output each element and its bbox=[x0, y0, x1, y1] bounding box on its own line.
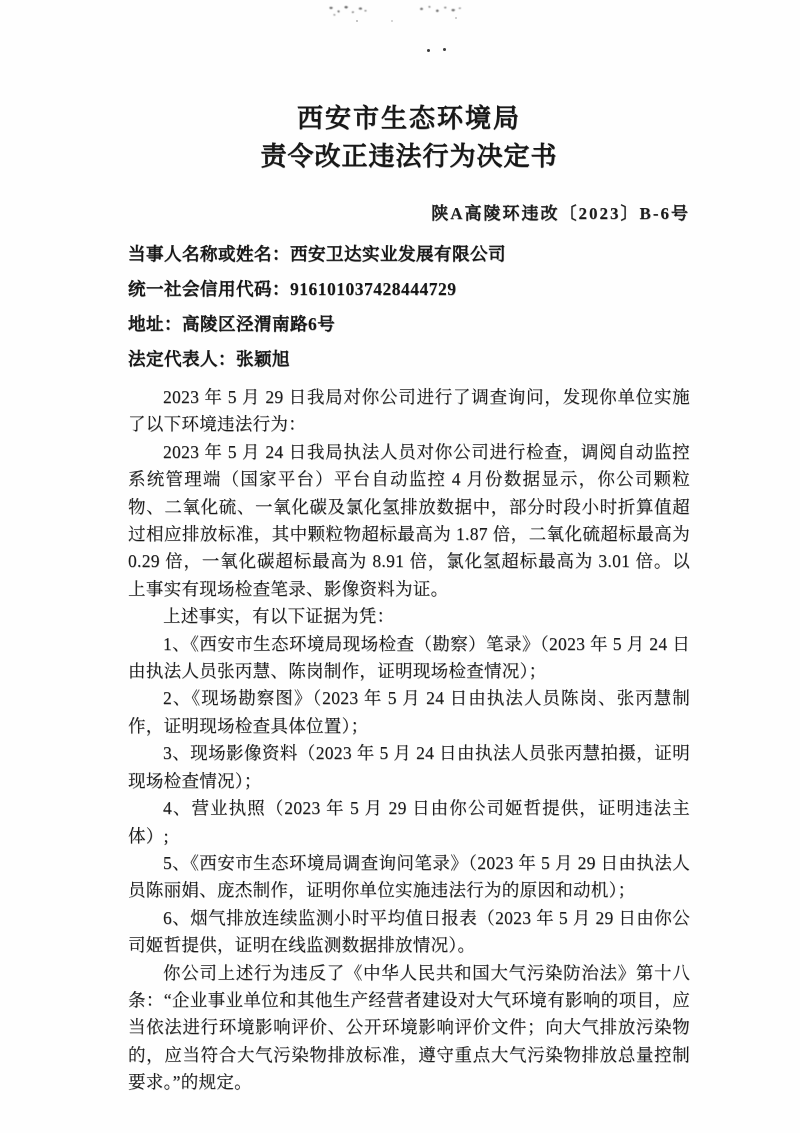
field-party-name-value: 西安卫达实业发展有限公司 bbox=[290, 244, 506, 264]
party-info-block: 当事人名称或姓名：西安卫达实业发展有限公司 统一社会信用代码：916101037… bbox=[128, 244, 690, 369]
evidence-item-3: 3、现场影像资料（2023 年 5 月 24 日由执法人员张丙慧拍摄，证明现场检… bbox=[128, 740, 690, 795]
document-page: 西安市生态环境局 责令改正违法行为决定书 陕A高陵环违改〔2023〕B-6号 当… bbox=[0, 0, 800, 1133]
field-party-name: 当事人名称或姓名：西安卫达实业发展有限公司 bbox=[128, 244, 690, 264]
document-title-line2: 责令改正违法行为决定书 bbox=[128, 138, 690, 176]
field-credit-code: 统一社会信用代码：916101037428444729 bbox=[128, 279, 690, 299]
field-credit-code-value: 916101037428444729 bbox=[290, 279, 457, 299]
document-title-line1: 西安市生态环境局 bbox=[128, 100, 690, 138]
document-title: 西安市生态环境局 责令改正违法行为决定书 bbox=[128, 100, 690, 176]
field-legal-representative-value: 张颖旭 bbox=[236, 349, 290, 369]
document-content: 西安市生态环境局 责令改正违法行为决定书 陕A高陵环违改〔2023〕B-6号 当… bbox=[128, 0, 690, 1097]
field-address-value: 高陵区泾渭南路6号 bbox=[182, 314, 335, 334]
field-legal-representative: 法定代表人：张颖旭 bbox=[128, 349, 690, 369]
paragraph-violation-details: 2023 年 5 月 24 日我局执法人员对你公司进行检查，调阅自动监控系统管理… bbox=[128, 439, 690, 603]
field-credit-code-label: 统一社会信用代码： bbox=[128, 279, 290, 299]
evidence-item-2: 2、《现场勘察图》（2023 年 5 月 24 日由执法人员陈岗、张丙慧制作，证… bbox=[128, 685, 690, 740]
field-legal-representative-label: 法定代表人： bbox=[128, 349, 236, 369]
paragraph-evidence-intro: 上述事实，有以下证据为凭： bbox=[128, 603, 690, 630]
evidence-item-1: 1、《西安市生态环境局现场检查（勘察）笔录》（2023 年 5 月 24 日由执… bbox=[128, 631, 690, 686]
evidence-item-5: 5、《西安市生态环境局调查询问笔录》（2023 年 5 月 29 日由执法人员陈… bbox=[128, 850, 690, 905]
evidence-item-6: 6、烟气排放连续监测小时平均值日报表（2023 年 5 月 29 日由你公司姬哲… bbox=[128, 905, 690, 960]
document-body: 2023 年 5 月 29 日我局对你公司进行了调查询问，发现你单位实施了以下环… bbox=[128, 384, 690, 1097]
paragraph-legal-basis: 你公司上述行为违反了《中华人民共和国大气污染防治法》第十八条：“企业事业单位和其… bbox=[128, 960, 690, 1097]
document-number: 陕A高陵环违改〔2023〕B-6号 bbox=[128, 204, 690, 224]
field-party-name-label: 当事人名称或姓名： bbox=[128, 244, 290, 264]
evidence-item-4: 4、营业执照（2023 年 5 月 29 日由你公司姬哲提供，证明违法主体）; bbox=[128, 795, 690, 850]
field-address-label: 地址： bbox=[128, 314, 182, 334]
field-address: 地址：高陵区泾渭南路6号 bbox=[128, 314, 690, 334]
paragraph-investigation-summary: 2023 年 5 月 29 日我局对你公司进行了调查询问，发现你单位实施了以下环… bbox=[128, 384, 690, 439]
